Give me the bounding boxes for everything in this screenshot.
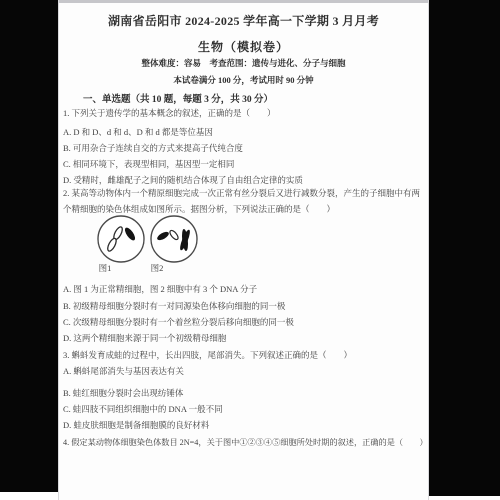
- exam-difficulty-scope: 整体难度：容易 考查范围：遗传与进化、分子与细胞: [59, 57, 428, 69]
- question-2-option-c: C. 次级精母细胞分裂时有一个着丝粒分裂后移向细胞的同一极: [63, 316, 294, 328]
- question-2-option-d: D. 这两个精细胞来源于同一个初级精母细胞: [63, 332, 226, 344]
- figure-2-label: 图2: [137, 262, 177, 274]
- exam-score-duration: 本试卷满分 100 分，考试用时 90 分钟: [59, 74, 428, 86]
- question-1-option-b: B. 可用杂合子连续自交的方式来提高子代纯合度: [63, 142, 243, 154]
- scan-border-right: [429, 0, 500, 496]
- question-2-option-b: B. 初级精母细胞分裂时有一对同源染色体移向细胞的同一极: [63, 300, 285, 312]
- question-1-option-a: A. D 和 D、d 和 d、D 和 d 都是等位基因: [63, 126, 213, 138]
- exam-paper-page: 湖南省岳阳市 2024-2025 学年高一下学期 3 月月考 生物（模拟卷） 整…: [58, 0, 429, 500]
- question-3-option-a: A. 蝌蚪尾部消失与基因表达有关: [63, 365, 184, 377]
- question-2-option-a: A. 图 1 为正常精细胞，图 2 细胞中有 3 个 DNA 分子: [63, 283, 257, 295]
- section-heading: 一、单选题（共 10 题，每题 3 分，共 30 分）: [83, 91, 273, 105]
- scan-border-left: [0, 0, 58, 492]
- question-4-stem: 4. 假定某动物体细胞染色体数目 2N=4，关于图中①②③④⑤细胞所处时期的叙述…: [63, 437, 428, 448]
- figure-1-label: 图1: [85, 262, 125, 274]
- question-3-stem: 3. 蝌蚪发育成蛙的过程中，长出四肢，尾部消失。下列叙述正确的是（ ）: [63, 349, 352, 361]
- question-1-option-c: C. 相同环境下，表现型相同，基因型一定相同: [63, 158, 234, 170]
- question-1-stem: 1. 下列关于遗传学的基本概念的叙述，正确的是（ ）: [63, 107, 276, 119]
- question-3-option-d: D. 蛙皮肤细胞是制备细胞膜的良好材料: [63, 419, 209, 431]
- exam-title: 湖南省岳阳市 2024-2025 学年高一下学期 3 月月考: [59, 12, 428, 29]
- question-3-option-b: B. 蛙红细胞分裂时会出现纺锤体: [63, 387, 183, 399]
- cell-1-membrane: [98, 216, 144, 262]
- page-top-edge: [59, 0, 428, 3]
- question-3-option-c: C. 蛙四肢不同组织细胞中的 DNA 一般不同: [63, 403, 223, 415]
- exam-subject: 生物（模拟卷）: [59, 38, 428, 55]
